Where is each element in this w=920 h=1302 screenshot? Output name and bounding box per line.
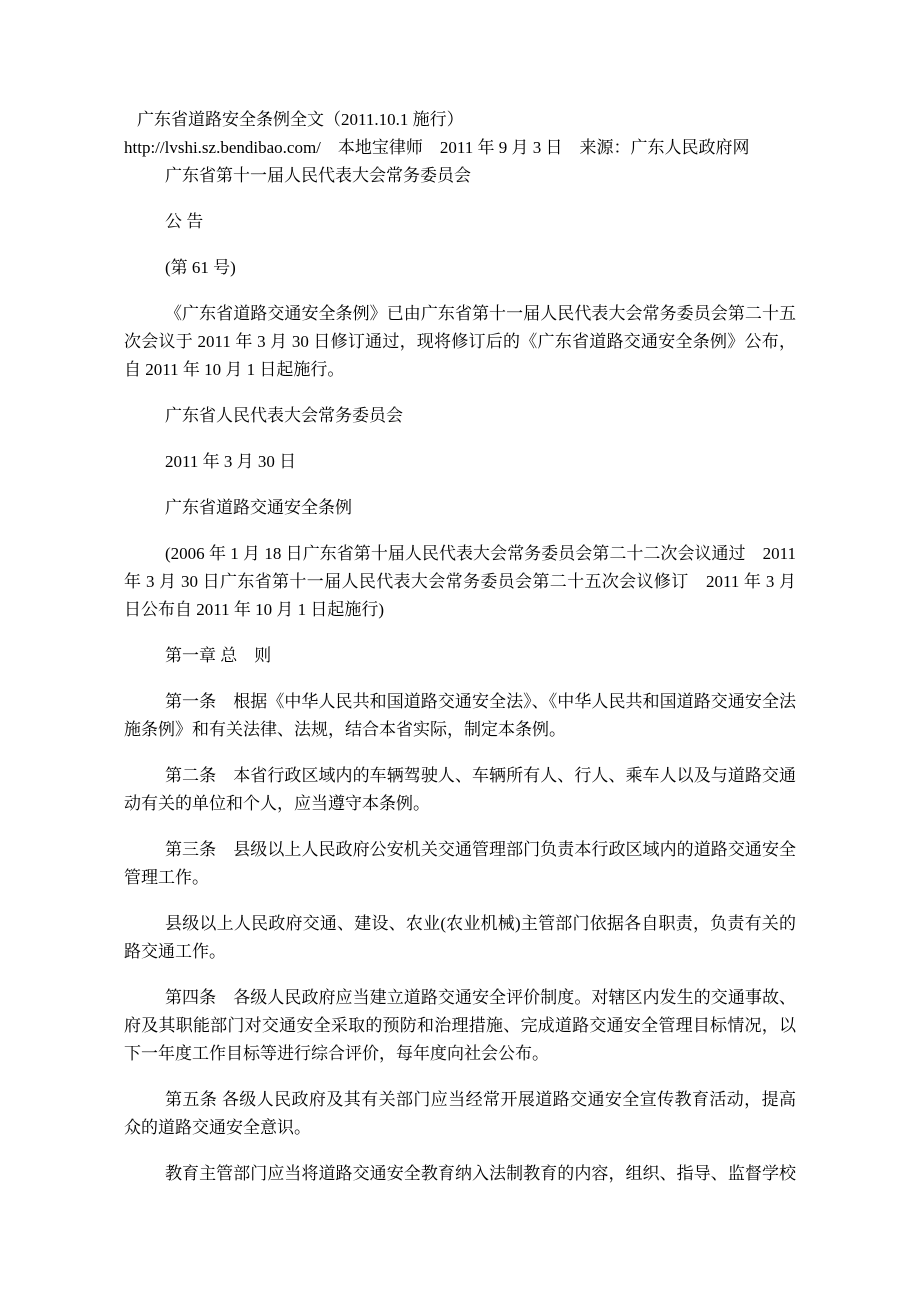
paragraph-line: 第三条 县级以上人民政府公安机关交通管理部门负责本行政区域内的道路交通安全	[124, 836, 796, 864]
paragraph-line: 自 2011 年 10 月 1 日起施行。	[124, 356, 796, 384]
paragraph-line: 次会议于 2011 年 3 月 30 日修订通过，现将修订后的《广东省道路交通安…	[124, 328, 796, 356]
paragraph-line: 府及其职能部门对交通安全采取的预防和治理措施、完成道路交通安全管理目标情况，以及	[124, 1012, 796, 1040]
chapter-heading-line: 第一章 总 则	[124, 642, 796, 670]
paragraph-line: 施条例》和有关法律、法规，结合本省实际，制定本条例。	[124, 716, 796, 744]
header-block: 广东省道路安全条例全文（2011.10.1 施行） http://lvshi.s…	[124, 106, 796, 190]
signature-issuer-line: 广东省人民代表大会常务委员会	[124, 402, 796, 430]
announcement-label: 公 告	[124, 208, 796, 236]
announcement-heading: 公 告	[124, 208, 796, 236]
decree-number-label: (第 61 号)	[124, 254, 796, 282]
paragraph-line: 第四条 各级人民政府应当建立道路交通安全评价制度。对辖区内发生的交通事故、政	[124, 984, 796, 1012]
document-content: 广东省道路安全条例全文（2011.10.1 施行） http://lvshi.s…	[0, 0, 920, 1188]
issuing-body-line: 广东省第十一届人民代表大会常务委员会	[124, 162, 796, 190]
source-meta-line: http://lvshi.sz.bendibao.com/ 本地宝律师 2011…	[124, 134, 796, 162]
legislative-history-paragraph: (2006 年 1 月 18 日广东省第十届人民代表大会常务委员会第二十二次会议…	[124, 540, 796, 624]
signature-date-line: 2011 年 3 月 30 日	[124, 448, 796, 476]
paragraph-line: 《广东省道路交通安全条例》已由广东省第十一届人民代表大会常务委员会第二十五	[124, 300, 796, 328]
paragraph-line: 第五条 各级人民政府及其有关部门应当经常开展道路交通安全宣传教育活动，提高公	[124, 1086, 796, 1114]
chapter-heading: 第一章 总 则	[124, 642, 796, 670]
article-3-continued-paragraph: 县级以上人民政府交通、建设、农业(农业机械)主管部门依据各自职责，负责有关的道 …	[124, 910, 796, 966]
paragraph-line: 第二条 本省行政区域内的车辆驾驶人、车辆所有人、行人、乘车人以及与道路交通活	[124, 762, 796, 790]
decree-number: (第 61 号)	[124, 254, 796, 282]
article-3-paragraph: 第三条 县级以上人民政府公安机关交通管理部门负责本行政区域内的道路交通安全 管理…	[124, 836, 796, 892]
law-title: 广东省道路交通安全条例	[124, 494, 796, 522]
paragraph-line: 教育主管部门应当将道路交通安全教育纳入法制教育的内容，组织、指导、监督学校以	[124, 1160, 796, 1188]
paragraph-line: 年 3 月 30 日广东省第十一届人民代表大会常务委员会第二十五次会议修订 20…	[124, 568, 796, 596]
paragraph-line: 路交通工作。	[124, 938, 796, 966]
article-2-paragraph: 第二条 本省行政区域内的车辆驾驶人、车辆所有人、行人、乘车人以及与道路交通活 动…	[124, 762, 796, 818]
paragraph-line: 动有关的单位和个人，应当遵守本条例。	[124, 790, 796, 818]
promulgation-paragraph: 《广东省道路交通安全条例》已由广东省第十一届人民代表大会常务委员会第二十五 次会…	[124, 300, 796, 384]
article-5-continued-paragraph: 教育主管部门应当将道路交通安全教育纳入法制教育的内容，组织、指导、监督学校以	[124, 1160, 796, 1188]
signature-date: 2011 年 3 月 30 日	[124, 448, 796, 476]
article-1-paragraph: 第一条 根据《中华人民共和国道路交通安全法》、《中华人民共和国道路交通安全法实 …	[124, 688, 796, 744]
paragraph-line: 管理工作。	[124, 864, 796, 892]
law-title-line: 广东省道路交通安全条例	[124, 494, 796, 522]
paragraph-line: 县级以上人民政府交通、建设、农业(农业机械)主管部门依据各自职责，负责有关的道	[124, 910, 796, 938]
paragraph-line: 日公布自 2011 年 10 月 1 日起施行)	[124, 596, 796, 624]
article-5-paragraph: 第五条 各级人民政府及其有关部门应当经常开展道路交通安全宣传教育活动，提高公 众…	[124, 1086, 796, 1142]
document-page: 广东省道路安全条例全文（2011.10.1 施行） http://lvshi.s…	[0, 0, 920, 1302]
article-4-paragraph: 第四条 各级人民政府应当建立道路交通安全评价制度。对辖区内发生的交通事故、政 府…	[124, 984, 796, 1068]
paragraph-line: 众的道路交通安全意识。	[124, 1114, 796, 1142]
paragraph-line: 下一年度工作目标等进行综合评价，每年度向社会公布。	[124, 1040, 796, 1068]
signature-issuer: 广东省人民代表大会常务委员会	[124, 402, 796, 430]
paragraph-line: (2006 年 1 月 18 日广东省第十届人民代表大会常务委员会第二十二次会议…	[124, 540, 796, 568]
paragraph-line: 第一条 根据《中华人民共和国道路交通安全法》、《中华人民共和国道路交通安全法实	[124, 688, 796, 716]
doc-title: 广东省道路安全条例全文（2011.10.1 施行）	[124, 106, 796, 134]
